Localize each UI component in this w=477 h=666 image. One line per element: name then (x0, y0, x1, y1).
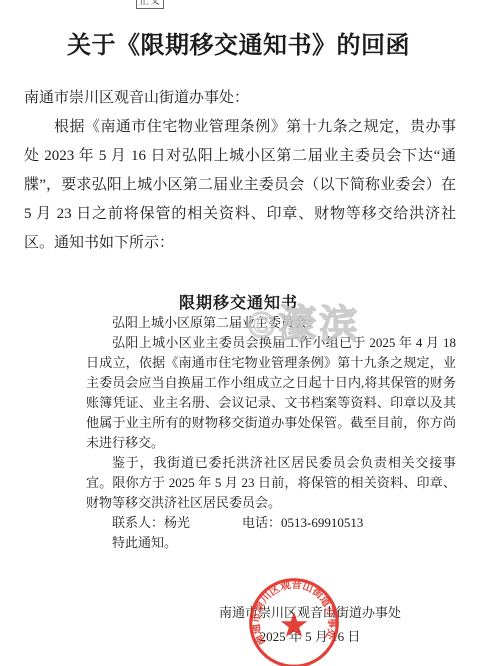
notice-addressee: 弘阳上城小区原第二届业主委员会： (86, 313, 456, 333)
revision-annotation: 正义 (136, 0, 164, 9)
contact-label: 联系人： (112, 515, 164, 530)
document-title: 关于《限期移交通知书》的回函 (0, 25, 477, 60)
official-stamp-icon: 南通市崇川区观音山街道办事处 (247, 576, 341, 666)
notice-closing: 特此通知。 (86, 533, 456, 553)
notice-title: 限期移交通知书 (0, 290, 477, 313)
contact-line: 联系人：杨光电话：0513-69910513 (86, 513, 456, 533)
document-page: 正义 关于《限期移交通知书》的回函 南通市崇川区观音山街道办事处： 根据《南通市… (0, 0, 477, 666)
notice-body: 弘阳上城小区原第二届业主委员会： 弘阳上城小区业主委员会换届工作小组已于 202… (86, 313, 456, 553)
phone-label: 电话： (242, 515, 281, 530)
letter-salutation: 南通市崇川区观音山街道办事处： (24, 84, 456, 113)
notice-paragraph: 弘阳上城小区业主委员会换届工作小组已于 2025 年 4 月 18 日成立，依据… (86, 333, 456, 453)
letter-paragraph: 根据《南通市住宅物业管理条例》第十九条之规定，贵办事处 2023 年 5 月 1… (24, 113, 456, 258)
stamp-star-icon (281, 612, 308, 637)
notice-paragraph: 鉴于，我街道已委托洪济社区居民委员会负责相关交接事宜。限你方于 2025 年 5… (86, 453, 456, 513)
letter-body: 南通市崇川区观音山街道办事处： 根据《南通市住宅物业管理条例》第十九条之规定，贵… (24, 84, 456, 258)
contact-name: 杨光 (164, 515, 190, 530)
phone-number: 0513-69910513 (281, 515, 363, 530)
